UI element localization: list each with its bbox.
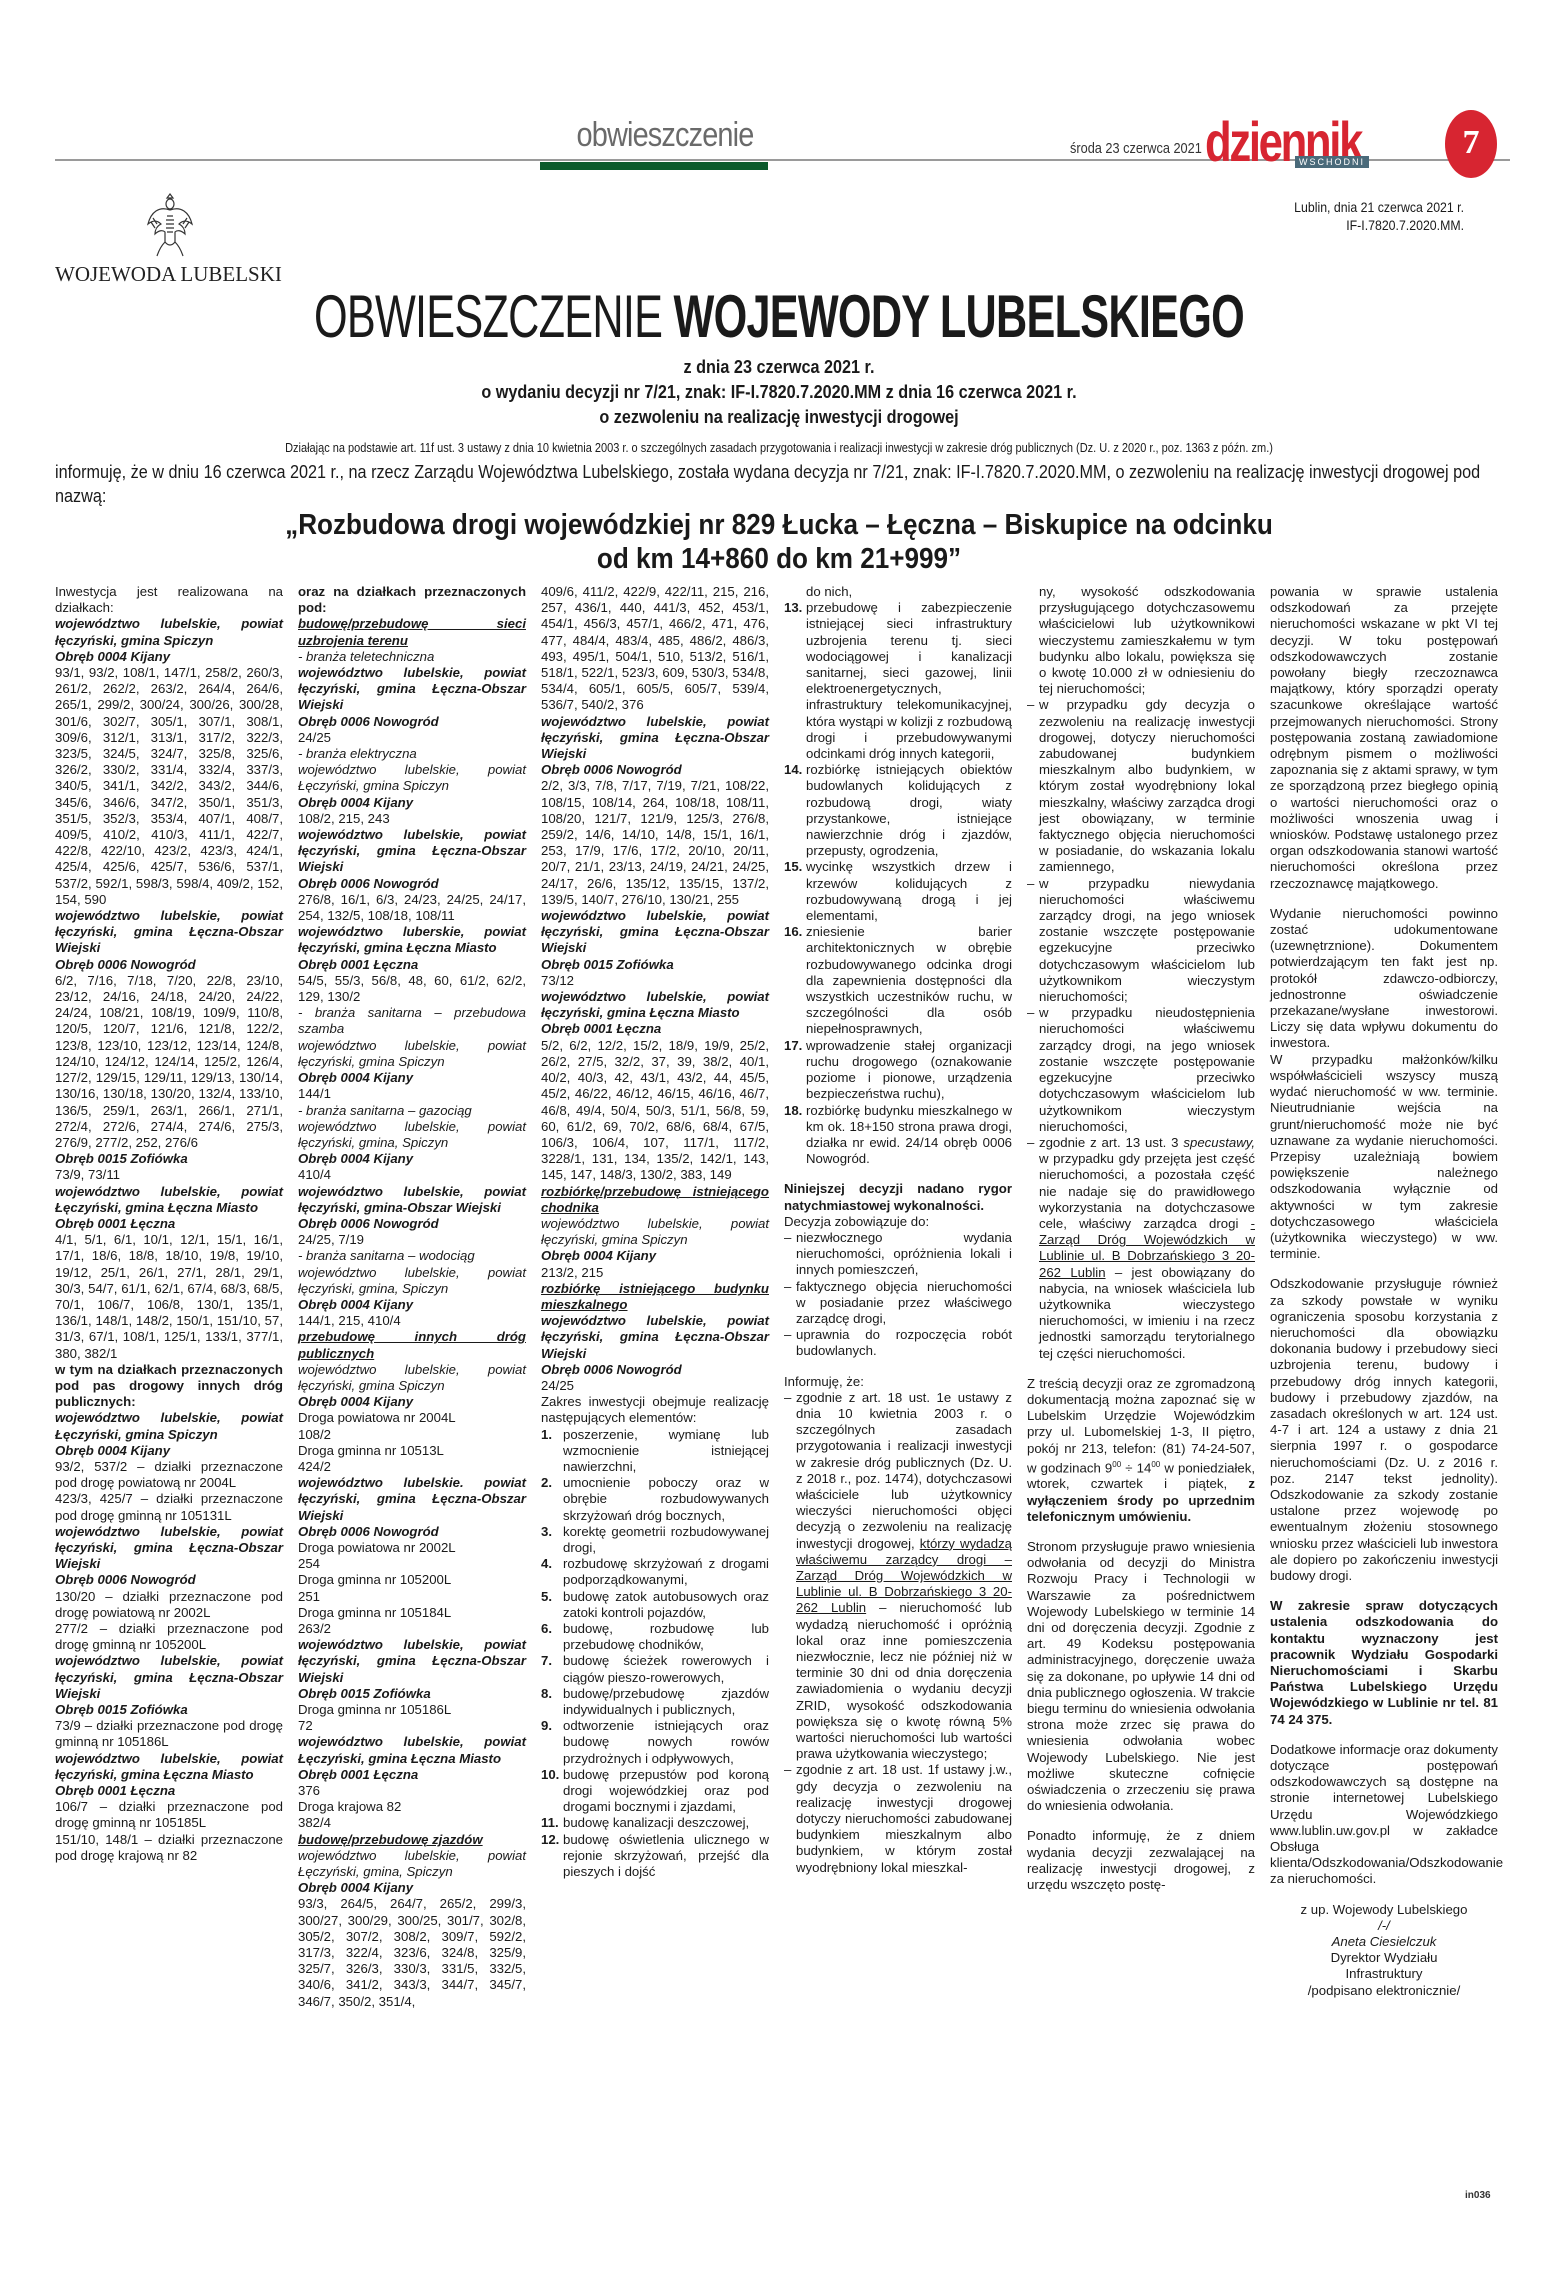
plot-list: 382/4 bbox=[298, 1815, 526, 1831]
inform-item: –zgodnie z art. 18 ust. 1f ustawy j.w., … bbox=[784, 1762, 1012, 1875]
location-heading: województwo lubelskie, powiat łęczyński,… bbox=[541, 989, 769, 1021]
category-heading: rozbiórkę istniejącego budynku mieszkaln… bbox=[541, 1281, 769, 1313]
road-name: Droga gminna nr 105200L bbox=[298, 1572, 526, 1588]
polish-eagle-emblem-icon bbox=[145, 190, 195, 260]
scope-item: 1.poszerzenie, wymianę lub wzmocnienie i… bbox=[541, 1427, 769, 1476]
title-light: OBWIESZCZENIE bbox=[314, 283, 674, 350]
road-name: Droga krajowa 82 bbox=[298, 1799, 526, 1815]
location-line: województwo lubelskie, powiat Łęczyński,… bbox=[298, 762, 526, 794]
precinct-heading: Obręb 0004 Kijany bbox=[298, 1070, 526, 1086]
precinct-heading: Obręb 0004 Kijany bbox=[541, 1248, 769, 1264]
signatory-department: Infrastruktury bbox=[1270, 1966, 1498, 1982]
plot-list: 93/1, 93/2, 108/1, 147/1, 258/2, 260/3, … bbox=[55, 665, 283, 908]
precinct-heading: Obręb 0001 Łęczna bbox=[541, 1021, 769, 1037]
inform-continuation: ny, wysokość odszkodowania przysługujące… bbox=[1039, 584, 1255, 697]
subtitle-decision: o wydaniu decyzji nr 7/21, znak: IF-I.78… bbox=[78, 380, 1480, 405]
precinct-heading: Obręb 0004 Kijany bbox=[298, 1297, 526, 1313]
precinct-heading: Obręb 0001 Łęczna bbox=[298, 957, 526, 973]
precinct-heading: Obręb 0004 Kijany bbox=[298, 795, 526, 811]
co-owners-paragraph: W przypadku małżonków/kilku współwłaścic… bbox=[1270, 1052, 1498, 1263]
scope-continuation: do nich, bbox=[806, 584, 1012, 600]
inform-intro: Informuję, że: bbox=[784, 1374, 1012, 1390]
project-name: „Rozbudowa drogi wojewódzkiej nr 829 Łuc… bbox=[78, 508, 1480, 576]
plot-list: 2/2, 3/3, 7/8, 7/17, 7/19, 7/21, 108/22,… bbox=[541, 778, 769, 908]
location-line: województwo lubelskie, powiat łęczyński,… bbox=[298, 1119, 526, 1151]
scope-item: 6.budowę, rozbudowę lub przebudowę chodn… bbox=[541, 1621, 769, 1653]
precinct-heading: Obręb 0006 Nowogród bbox=[55, 1572, 283, 1588]
plot-list: 277/2 – działki przeznaczone pod drogę g… bbox=[55, 1621, 283, 1653]
precinct-heading: Obręb 0001 Łęczna bbox=[298, 1767, 526, 1783]
scope-item: 15.wycinkę wszystkich drzew i krzewów ko… bbox=[784, 859, 1012, 924]
plot-list: 54/5, 55/3, 56/8, 48, 60, 61/2, 62/2, 12… bbox=[298, 973, 526, 1005]
column-6: powania w sprawie ustalenia odszkodowań … bbox=[1270, 584, 1498, 1999]
plot-list: 151/10, 148/1 – działki przeznaczone pod… bbox=[55, 1832, 283, 1864]
plot-list: 72 bbox=[298, 1718, 526, 1734]
location-heading: województwo lubelskie, powiat łęczyński,… bbox=[541, 908, 769, 957]
location-heading: województwo lubelskie, powiat łęczyński,… bbox=[298, 827, 526, 876]
precinct-heading: Obręb 0015 Zofiówka bbox=[55, 1702, 283, 1718]
precinct-heading: Obręb 0006 Nowogród bbox=[298, 876, 526, 892]
title-bold: WOJEWODY LUBELSKIEGO bbox=[674, 283, 1244, 350]
intro-paragraph: informuję, że w dniu 16 czerwca 2021 r.,… bbox=[55, 460, 1504, 508]
category-heading: budowę/przebudowę zjazdów bbox=[298, 1832, 526, 1848]
project-name-line1: „Rozbudowa drogi wojewódzkiej nr 829 Łuc… bbox=[78, 508, 1480, 542]
inform-item: –w przypadku niewydania nieruchomości wł… bbox=[1027, 876, 1255, 1006]
precinct-heading: Obręb 0001 Łęczna bbox=[55, 1783, 283, 1799]
inform-item: –zgodnie z art. 18 ust. 1e ustawy z dnia… bbox=[784, 1390, 1012, 1763]
location-heading: województwo lubelskie, powiat łęczyński,… bbox=[298, 1637, 526, 1686]
precinct-heading: Obręb 0004 Kijany bbox=[298, 1151, 526, 1167]
subtitle-date: z dnia 23 czerwca 2021 r. bbox=[78, 355, 1480, 380]
road-plots-heading: w tym na działkach przeznaczonych pod pa… bbox=[55, 1362, 283, 1411]
location-heading: województwo lubelskie, powiat Łęczyński,… bbox=[55, 1410, 283, 1442]
precinct-heading: Obręb 0004 Kijany bbox=[298, 1880, 526, 1896]
precinct-heading: Obręb 0006 Nowogród bbox=[541, 762, 769, 778]
plot-list: 108/2 bbox=[298, 1427, 526, 1443]
scope-item: 9.odtworzenie istniejących oraz budowę n… bbox=[541, 1718, 769, 1767]
plot-intro: Inwestycja jest realizowana na działkach… bbox=[55, 584, 283, 616]
location-heading: województwo lubelskie, powiat łęczyński,… bbox=[55, 1524, 283, 1573]
plot-list: 263/2 bbox=[298, 1621, 526, 1637]
scope-item: 10.budowę przepustów pod koroną drogi wo… bbox=[541, 1767, 769, 1816]
scope-list: 1.poszerzenie, wymianę lub wzmocnienie i… bbox=[541, 1427, 769, 1881]
handover-paragraph: Wydanie nieruchomości powinno zostać udo… bbox=[1270, 906, 1498, 1052]
subtitle: z dnia 23 czerwca 2021 r. o wydaniu decy… bbox=[78, 355, 1480, 430]
plot-list: 73/9 – działki przeznaczone pod drogę gm… bbox=[55, 1718, 283, 1750]
inform-item: –w przypadku nieudostępnienia nieruchomo… bbox=[1027, 1005, 1255, 1135]
appeal-paragraph: Stronom przysługuje prawo wniesienia odw… bbox=[1027, 1539, 1255, 1814]
precinct-heading: Obręb 0004 Kijany bbox=[298, 1394, 526, 1410]
location-heading: województwo lubelskie, powiat Łęczyński,… bbox=[298, 1734, 526, 1766]
plot-list: 4/1, 5/1, 6/1, 10/1, 12/1, 15/1, 16/1, 1… bbox=[55, 1232, 283, 1362]
obligation-item: –niezwłocznego wydania nieruchomości, op… bbox=[784, 1230, 1012, 1279]
section-label: obwieszczenie bbox=[555, 116, 776, 155]
section-accent-bar bbox=[540, 162, 768, 170]
scope-intro: Zakres inwestycji obejmuje realizację na… bbox=[541, 1394, 769, 1426]
page-number-badge: 7 bbox=[1445, 110, 1497, 178]
scope-item: 18.rozbiórkę budynku mieszkalnego w km o… bbox=[784, 1103, 1012, 1168]
scope-item: 14.rozbiórkę istniejących obiektów budow… bbox=[784, 762, 1012, 859]
plot-list: 423/3, 425/7 – działki przeznaczone pod … bbox=[55, 1491, 283, 1523]
scope-item: 7.budowę ścieżek rowerowych i ciągów pie… bbox=[541, 1653, 769, 1685]
subcategory: - branża teletechniczna bbox=[298, 649, 526, 665]
location-heading: województwo lubelskie, powiat łęczyński,… bbox=[541, 714, 769, 763]
precinct-heading: Obręb 0015 Zofiówka bbox=[298, 1686, 526, 1702]
location-heading: województwo lubelskie, powiat Łęczyński,… bbox=[55, 1184, 283, 1216]
plot-list: 5/2, 6/2, 12/2, 15/2, 18/9, 19/9, 25/2, … bbox=[541, 1038, 769, 1184]
subtitle-topic: o zezwoleniu na realizację inwestycji dr… bbox=[78, 405, 1480, 430]
category-heading: przebudowę innych dróg publicznych bbox=[298, 1329, 526, 1361]
documentation-access-paragraph: Z treścią decyzji oraz ze zgromadzoną do… bbox=[1027, 1376, 1255, 1525]
scope-item: 11.budowę kanalizacji deszczowej, bbox=[541, 1815, 769, 1831]
scope-item: 13.przebudowę i zabezpieczenie istniejąc… bbox=[784, 600, 1012, 762]
precinct-heading: Obręb 0004 Kijany bbox=[55, 1443, 283, 1459]
reference-number: IF-I.7820.7.2020.MM. bbox=[1294, 216, 1464, 234]
brand-logo-sub: WSCHODNI bbox=[1295, 156, 1369, 168]
precinct-heading: Obręb 0015 Zofiówka bbox=[541, 957, 769, 973]
plot-list: 251 bbox=[298, 1589, 526, 1605]
body-columns: Inwestycja jest realizowana na działkach… bbox=[55, 584, 1510, 2184]
location-heading: województwo lubelskie, powiat łęczyński,… bbox=[55, 616, 283, 648]
subcategory: - branża sanitarna – wodociąg bbox=[298, 1248, 526, 1264]
location-heading: województwo lubelskie, powiat łęczyński,… bbox=[298, 1184, 526, 1216]
category-heading: rozbiórkę/przebudowę istniejącego chodni… bbox=[541, 1184, 769, 1216]
location-line: województwo lubelskie, powiat łęczyński,… bbox=[541, 1216, 769, 1248]
section-heading: oraz na działkach przeznaczonych pod: bbox=[298, 584, 526, 616]
location-heading: województwo lubelskie, powiat łęczyński,… bbox=[55, 1751, 283, 1783]
plot-list: 144/1 bbox=[298, 1086, 526, 1102]
plot-list: 24/25 bbox=[541, 1378, 769, 1394]
electronic-signature-note: /podpisano elektronicznie/ bbox=[1270, 1983, 1498, 1999]
scope-item: 17.wprowadzenie stałej organizacji ruchu… bbox=[784, 1038, 1012, 1103]
plot-list: 376 bbox=[298, 1783, 526, 1799]
scope-item: 5.budowę zatok autobusowych oraz zatoki … bbox=[541, 1589, 769, 1621]
plot-list: 108/2, 215, 243 bbox=[298, 811, 526, 827]
road-name: Droga powiatowa nr 2002L bbox=[298, 1540, 526, 1556]
plot-list: 6/2, 7/16, 7/18, 7/20, 22/8, 23/10, 23/1… bbox=[55, 973, 283, 1151]
scope-item: 8.budowę/przebudowę zjazdów indywidualny… bbox=[541, 1686, 769, 1718]
obligation-item: –uprawnia do rozpoczęcia robót budowlany… bbox=[784, 1327, 1012, 1359]
road-name: Droga gminna nr 10513L bbox=[298, 1443, 526, 1459]
plot-list: 144/1, 215, 410/4 bbox=[298, 1313, 526, 1329]
plot-list: 276/8, 16/1, 6/3, 24/23, 24/25, 24/17, 2… bbox=[298, 892, 526, 924]
road-name: Droga gminna nr 105186L bbox=[298, 1702, 526, 1718]
location-heading: województwo lubelskie, powiat łęczyński,… bbox=[298, 665, 526, 714]
location-line: województwo lubelskie, powiat Łęczyński,… bbox=[298, 1848, 526, 1880]
scope-item: 4.rozbudowę skrzyżowań z drogami podporz… bbox=[541, 1556, 769, 1588]
location-heading: województwo luberskie, powiat łęczyński,… bbox=[298, 924, 526, 956]
signature-mark: /-/ bbox=[1270, 1918, 1498, 1934]
place-date: Lublin, dnia 21 czerwca 2021 r. bbox=[1294, 198, 1464, 216]
precinct-heading: Obręb 0001 Łęczna bbox=[55, 1216, 283, 1232]
plot-list: 93/3, 264/5, 264/7, 265/2, 299/3, 300/27… bbox=[298, 1896, 526, 2009]
contact-paragraph: W zakresie spraw dotyczących ustalenia o… bbox=[1270, 1598, 1498, 1728]
scope-item: 16.zniesienie barier architektonicznych … bbox=[784, 924, 1012, 1037]
ad-code: in036 bbox=[1465, 2190, 1491, 2201]
signatory-name: Aneta Ciesielczuk bbox=[1270, 1934, 1498, 1950]
plot-list: 409/6, 411/2, 422/9, 422/11, 215, 216, 2… bbox=[541, 584, 769, 714]
plot-list: 254 bbox=[298, 1556, 526, 1572]
additional-info-paragraph: Dodatkowe informacje oraz dokumenty doty… bbox=[1270, 1742, 1498, 1888]
plot-list: 130/20 – działki przeznaczone pod drogę … bbox=[55, 1589, 283, 1621]
precinct-heading: Obręb 0015 Zofiówka bbox=[55, 1151, 283, 1167]
plot-list: 24/25, 7/19 bbox=[298, 1232, 526, 1248]
location-line: województwo lubelskie, powiat łęczyński,… bbox=[298, 1362, 526, 1394]
location-heading: województwo lubelskie, powiat łęczyński,… bbox=[55, 1653, 283, 1702]
column-5: ny, wysokość odszkodowania przysługujące… bbox=[1027, 584, 1255, 1893]
column-2: oraz na działkach przeznaczonych pod: bu… bbox=[298, 584, 526, 2010]
precinct-heading: Obręb 0006 Nowogród bbox=[55, 957, 283, 973]
signature-block: z up. Wojewody Lubelskiego /-/ Aneta Cie… bbox=[1270, 1902, 1498, 1999]
precinct-heading: Obręb 0006 Nowogród bbox=[298, 714, 526, 730]
compensation-paragraph: powania w sprawie ustalenia odszkodowań … bbox=[1270, 584, 1498, 892]
inform-item: –zgodnie z art. 13 ust. 3 specustawy, w … bbox=[1027, 1135, 1255, 1362]
plot-list: 213/2, 215 bbox=[541, 1265, 769, 1281]
plot-list: 73/9, 73/11 bbox=[55, 1167, 283, 1183]
category-heading: budowę/przebudowę sieci uzbrojenia teren… bbox=[298, 616, 526, 648]
location-line: województwo lubelskie, powiat łęczyński,… bbox=[298, 1265, 526, 1297]
rigor-statement: Niniejszej decyzji nadano rygor natychmi… bbox=[784, 1181, 1012, 1213]
precinct-heading: Obręb 0006 Nowogród bbox=[298, 1216, 526, 1232]
signature-authority: z up. Wojewody Lubelskiego bbox=[1270, 1902, 1498, 1918]
subcategory: - branża elektryczna bbox=[298, 746, 526, 762]
legal-basis: Działając na podstawie art. 11f ust. 3 u… bbox=[93, 441, 1464, 455]
column-1: Inwestycja jest realizowana na działkach… bbox=[55, 584, 283, 1864]
compensation-proceedings-paragraph: Ponadto informuję, że z dniem wydania de… bbox=[1027, 1828, 1255, 1893]
scope-item: 2.umocnienie poboczy oraz w obrębie rozb… bbox=[541, 1475, 769, 1524]
scope-item: 12.budowę oświetlenia ulicznego w rejoni… bbox=[541, 1832, 769, 1881]
scope-item: 3.korektę geometrii rozbudowywanej drogi… bbox=[541, 1524, 769, 1556]
road-name: Droga gminna nr 105184L bbox=[298, 1605, 526, 1621]
damages-paragraph: Odszkodowanie przysługuje również za szk… bbox=[1270, 1276, 1498, 1584]
plot-list: 73/12 bbox=[541, 973, 769, 989]
location-heading: województwo lubelskie, powiat łęczyński,… bbox=[541, 1313, 769, 1362]
obligations-intro: Decyzja zobowiązuje do: bbox=[784, 1214, 1012, 1230]
newspaper-header: obwieszczenie środa 23 czerwca 2021 dzie… bbox=[55, 110, 1510, 170]
project-name-line2: od km 14+860 do km 21+999” bbox=[78, 542, 1480, 576]
plot-list: 93/2, 537/2 – działki przeznaczone pod d… bbox=[55, 1459, 283, 1491]
signatory-role: Dyrektor Wydziału bbox=[1270, 1950, 1498, 1966]
subcategory: - branża sanitarna – przebudowa szamba bbox=[298, 1005, 526, 1037]
obligation-item: –faktycznego objęcia nieruchomości w pos… bbox=[784, 1279, 1012, 1328]
inform-item: –w przypadku gdy decyzja o zezwoleniu na… bbox=[1027, 697, 1255, 875]
issue-date: środa 23 czerwca 2021 bbox=[1070, 140, 1202, 157]
page-title: OBWIESZCZENIE WOJEWODY LUBELSKIEGO bbox=[218, 285, 1340, 349]
precinct-heading: Obręb 0004 Kijany bbox=[55, 649, 283, 665]
plot-list: 424/2 bbox=[298, 1459, 526, 1475]
location-line: województwo lubelskie, powiat łęczyński,… bbox=[298, 1038, 526, 1070]
location-heading: województwo lubelskie. powiat łęczyński,… bbox=[298, 1475, 526, 1524]
location-heading: województwo lubelskie, powiat łęczyński,… bbox=[55, 908, 283, 957]
road-name: Droga powiatowa nr 2004L bbox=[298, 1410, 526, 1426]
column-3: 409/6, 411/2, 422/9, 422/11, 215, 216, 2… bbox=[541, 584, 769, 1880]
precinct-heading: Obręb 0006 Nowogród bbox=[298, 1524, 526, 1540]
place-date-block: Lublin, dnia 21 czerwca 2021 r. IF-I.782… bbox=[1294, 198, 1464, 234]
precinct-heading: Obręb 0006 Nowogród bbox=[541, 1362, 769, 1378]
plot-list: 410/4 bbox=[298, 1167, 526, 1183]
issuer-label: WOJEWODA LUBELSKI bbox=[55, 262, 282, 287]
subcategory: - branża sanitarna – gazociąg bbox=[298, 1103, 526, 1119]
column-4: do nich, 13.przebudowę i zabezpieczenie … bbox=[784, 584, 1012, 1876]
plot-list: 106/7 – działki przeznaczone pod drogę g… bbox=[55, 1799, 283, 1831]
plot-list: 24/25 bbox=[298, 730, 526, 746]
